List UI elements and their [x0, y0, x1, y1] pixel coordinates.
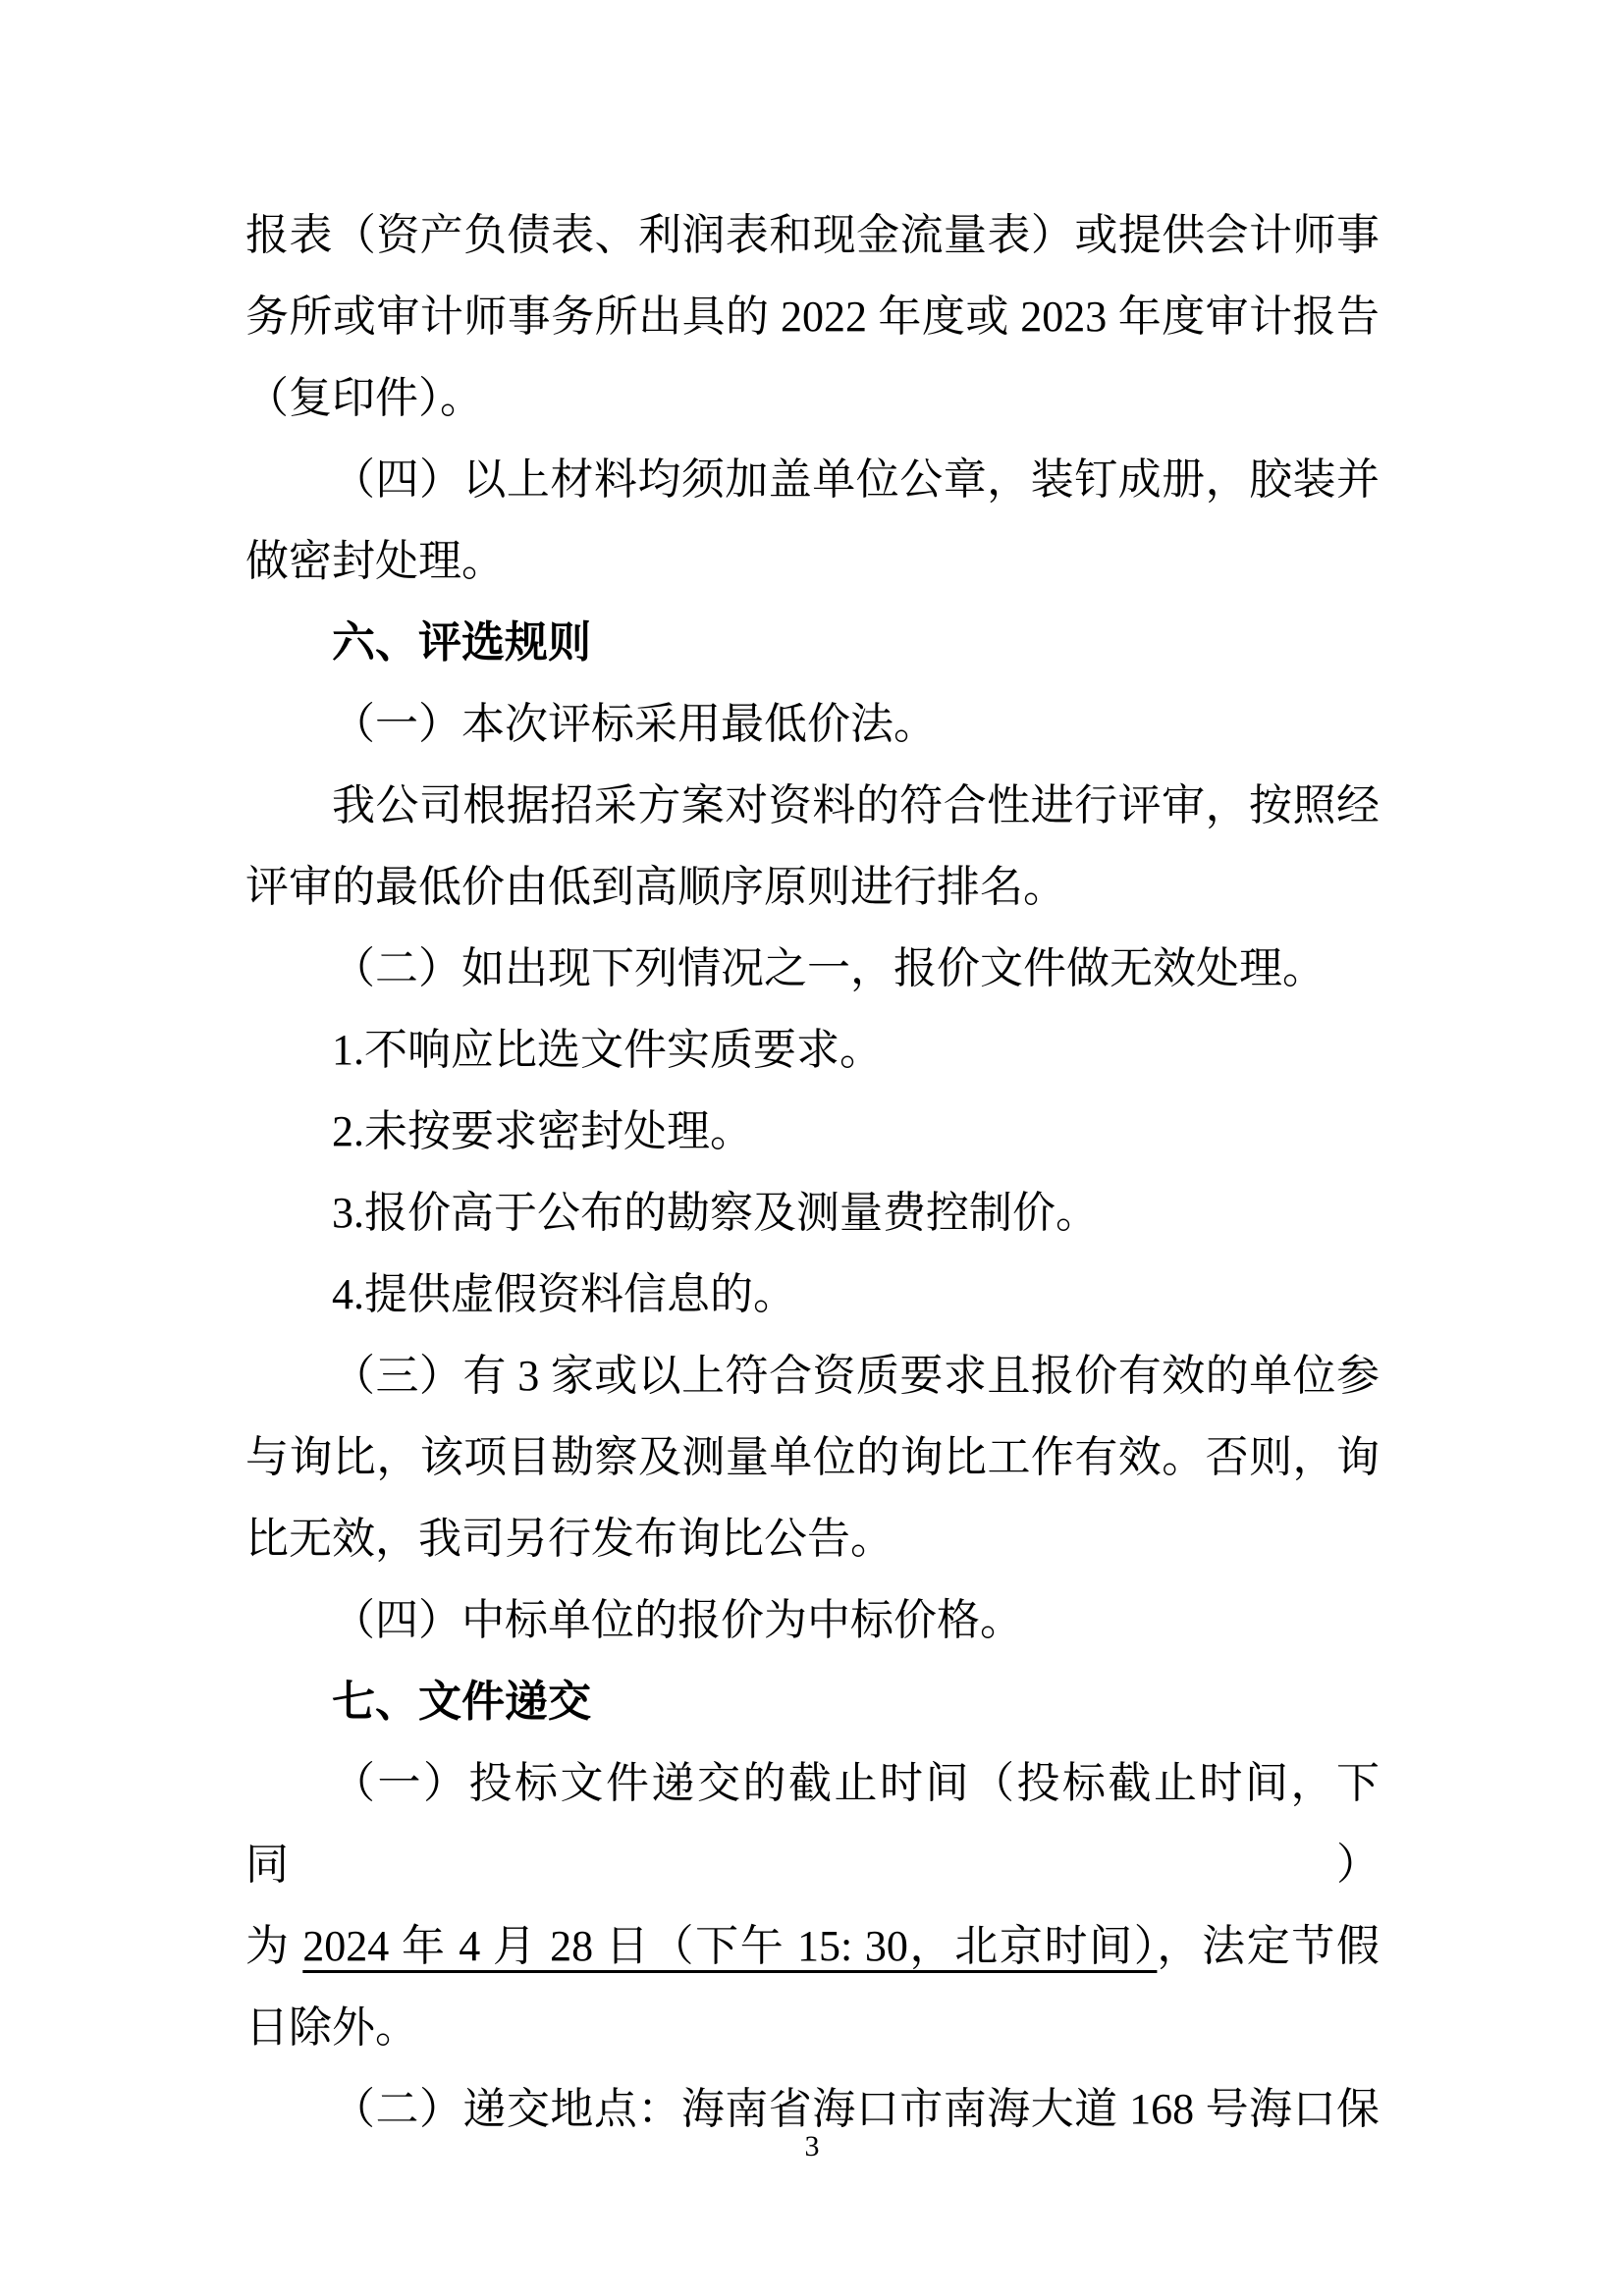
list-item-invalid-2: 2.未按要求密封处理。	[245, 1091, 1380, 1172]
line-submission-deadline-3: 日除外。	[245, 1987, 1380, 2068]
list-item-invalid-4: 4.提供虚假资料信息的。	[245, 1254, 1380, 1335]
list-item-invalid-1: 1.不响应比选文件实质要求。	[245, 1009, 1380, 1091]
list-item-invalid-3: 3.报价高于公布的勘察及测量费控制价。	[245, 1172, 1380, 1254]
deadline-date-underlined: 2024 年 4 月 28 日（下午 15: 30，北京时间）	[302, 1922, 1157, 1970]
line-winning-price: （四）中标单位的报价为中标价格。	[245, 1579, 1380, 1661]
page-number: 3	[0, 2130, 1624, 2163]
line-three-bidders-rule-3: 比无效，我司另行发布询比公告。	[245, 1498, 1380, 1579]
heading-section-7-document-submission: 七、文件递交	[245, 1661, 1380, 1742]
line-invalid-conditions-intro: （二）如出现下列情况之一，报价文件做无效处理。	[245, 928, 1380, 1009]
line-seal-requirement-2: 做密封处理。	[245, 520, 1380, 602]
document-body: 报表（资产负债表、利润表和现金流量表）或提供会计师事 务所或审计师事务所出具的 …	[245, 194, 1380, 2150]
line-financial-statements-3: （复印件）。	[245, 357, 1380, 439]
deadline-prefix: 为	[245, 1922, 302, 1970]
line-financial-statements-1: 报表（资产负债表、利润表和现金流量表）或提供会计师事	[245, 194, 1380, 276]
line-three-bidders-rule-2: 与询比，该项目勘察及测量单位的询比工作有效。否则，询	[245, 1416, 1380, 1498]
heading-section-6-selection-rules: 六、评选规则	[245, 602, 1380, 683]
line-submission-deadline-2: 为 2024 年 4 月 28 日（下午 15: 30，北京时间），法定节假	[245, 1905, 1380, 1987]
line-seal-requirement-1: （四）以上材料均须加盖单位公章，装钉成册，胶装并	[245, 439, 1380, 520]
line-financial-statements-2: 务所或审计师事务所出具的 2022 年度或 2023 年度审计报告	[245, 276, 1380, 357]
line-review-ranking-2: 评审的最低价由低到高顺序原则进行排名。	[245, 846, 1380, 928]
line-three-bidders-rule-1: （三）有 3 家或以上符合资质要求且报价有效的单位参	[245, 1335, 1380, 1416]
deadline-suffix: ，法定节假	[1157, 1922, 1380, 1970]
line-submission-deadline-1: （一）投标文件递交的截止时间（投标截止时间，下同）	[245, 1742, 1380, 1905]
line-review-ranking-1: 我公司根据招采方案对资料的符合性进行评审，按照经	[245, 765, 1380, 846]
line-lowest-price-method: （一）本次评标采用最低价法。	[245, 683, 1380, 765]
document-page: 报表（资产负债表、利润表和现金流量表）或提供会计师事 务所或审计师事务所出具的 …	[0, 0, 1624, 2296]
